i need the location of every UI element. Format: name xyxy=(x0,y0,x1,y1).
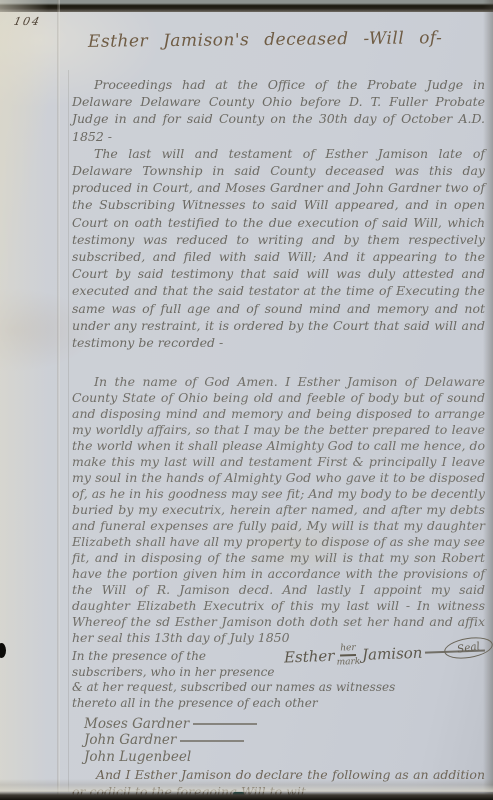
signature-flourish xyxy=(180,740,244,741)
ledger-page: 104 Esther Jamison's deceased -Will of- … xyxy=(0,0,493,800)
margin-rule-line xyxy=(68,70,69,792)
signature-flourish xyxy=(193,723,257,724)
proceedings-paragraph-2: The last will and testament of Esther Ja… xyxy=(72,145,485,351)
page-crease xyxy=(57,0,60,800)
her-mark: her mark xyxy=(336,644,360,666)
page-number: 104 xyxy=(13,15,43,28)
attestation-block: In the presence of the subscribers, who … xyxy=(72,649,485,800)
mark-cross-icon xyxy=(340,654,356,656)
binding-margin xyxy=(0,0,57,800)
signature-last-name: Jamison xyxy=(362,644,423,664)
witness-name: John Lugenbeel xyxy=(84,749,485,766)
book-top-edge xyxy=(0,0,493,12)
signature-first-name: Esther xyxy=(284,647,335,667)
witness-name: John Gardner xyxy=(84,732,485,749)
document-title: Esther Jamison's deceased -Will of- xyxy=(88,28,443,52)
witness-name: Moses Gardner xyxy=(84,716,485,733)
her-mark-label-top: her xyxy=(340,644,356,653)
book-bottom-edge xyxy=(0,791,493,800)
her-mark-label-bottom: mark xyxy=(337,658,361,667)
proceedings-paragraph-1: Proceedings had at the Office of the Pro… xyxy=(72,76,485,145)
document-body: Proceedings had at the Office of the Pro… xyxy=(72,76,485,800)
attestation-line: subscribers, who in her presence xyxy=(72,665,485,681)
will-text-paragraph: In the name of God Amen. I Esther Jamiso… xyxy=(72,374,485,646)
witness-list: Moses Gardner John Gardner John Lugenbee… xyxy=(84,716,485,766)
attestation-line: thereto all in the presence of each othe… xyxy=(72,696,485,712)
attestation-line: & at her request, subscribed our names a… xyxy=(72,680,485,696)
